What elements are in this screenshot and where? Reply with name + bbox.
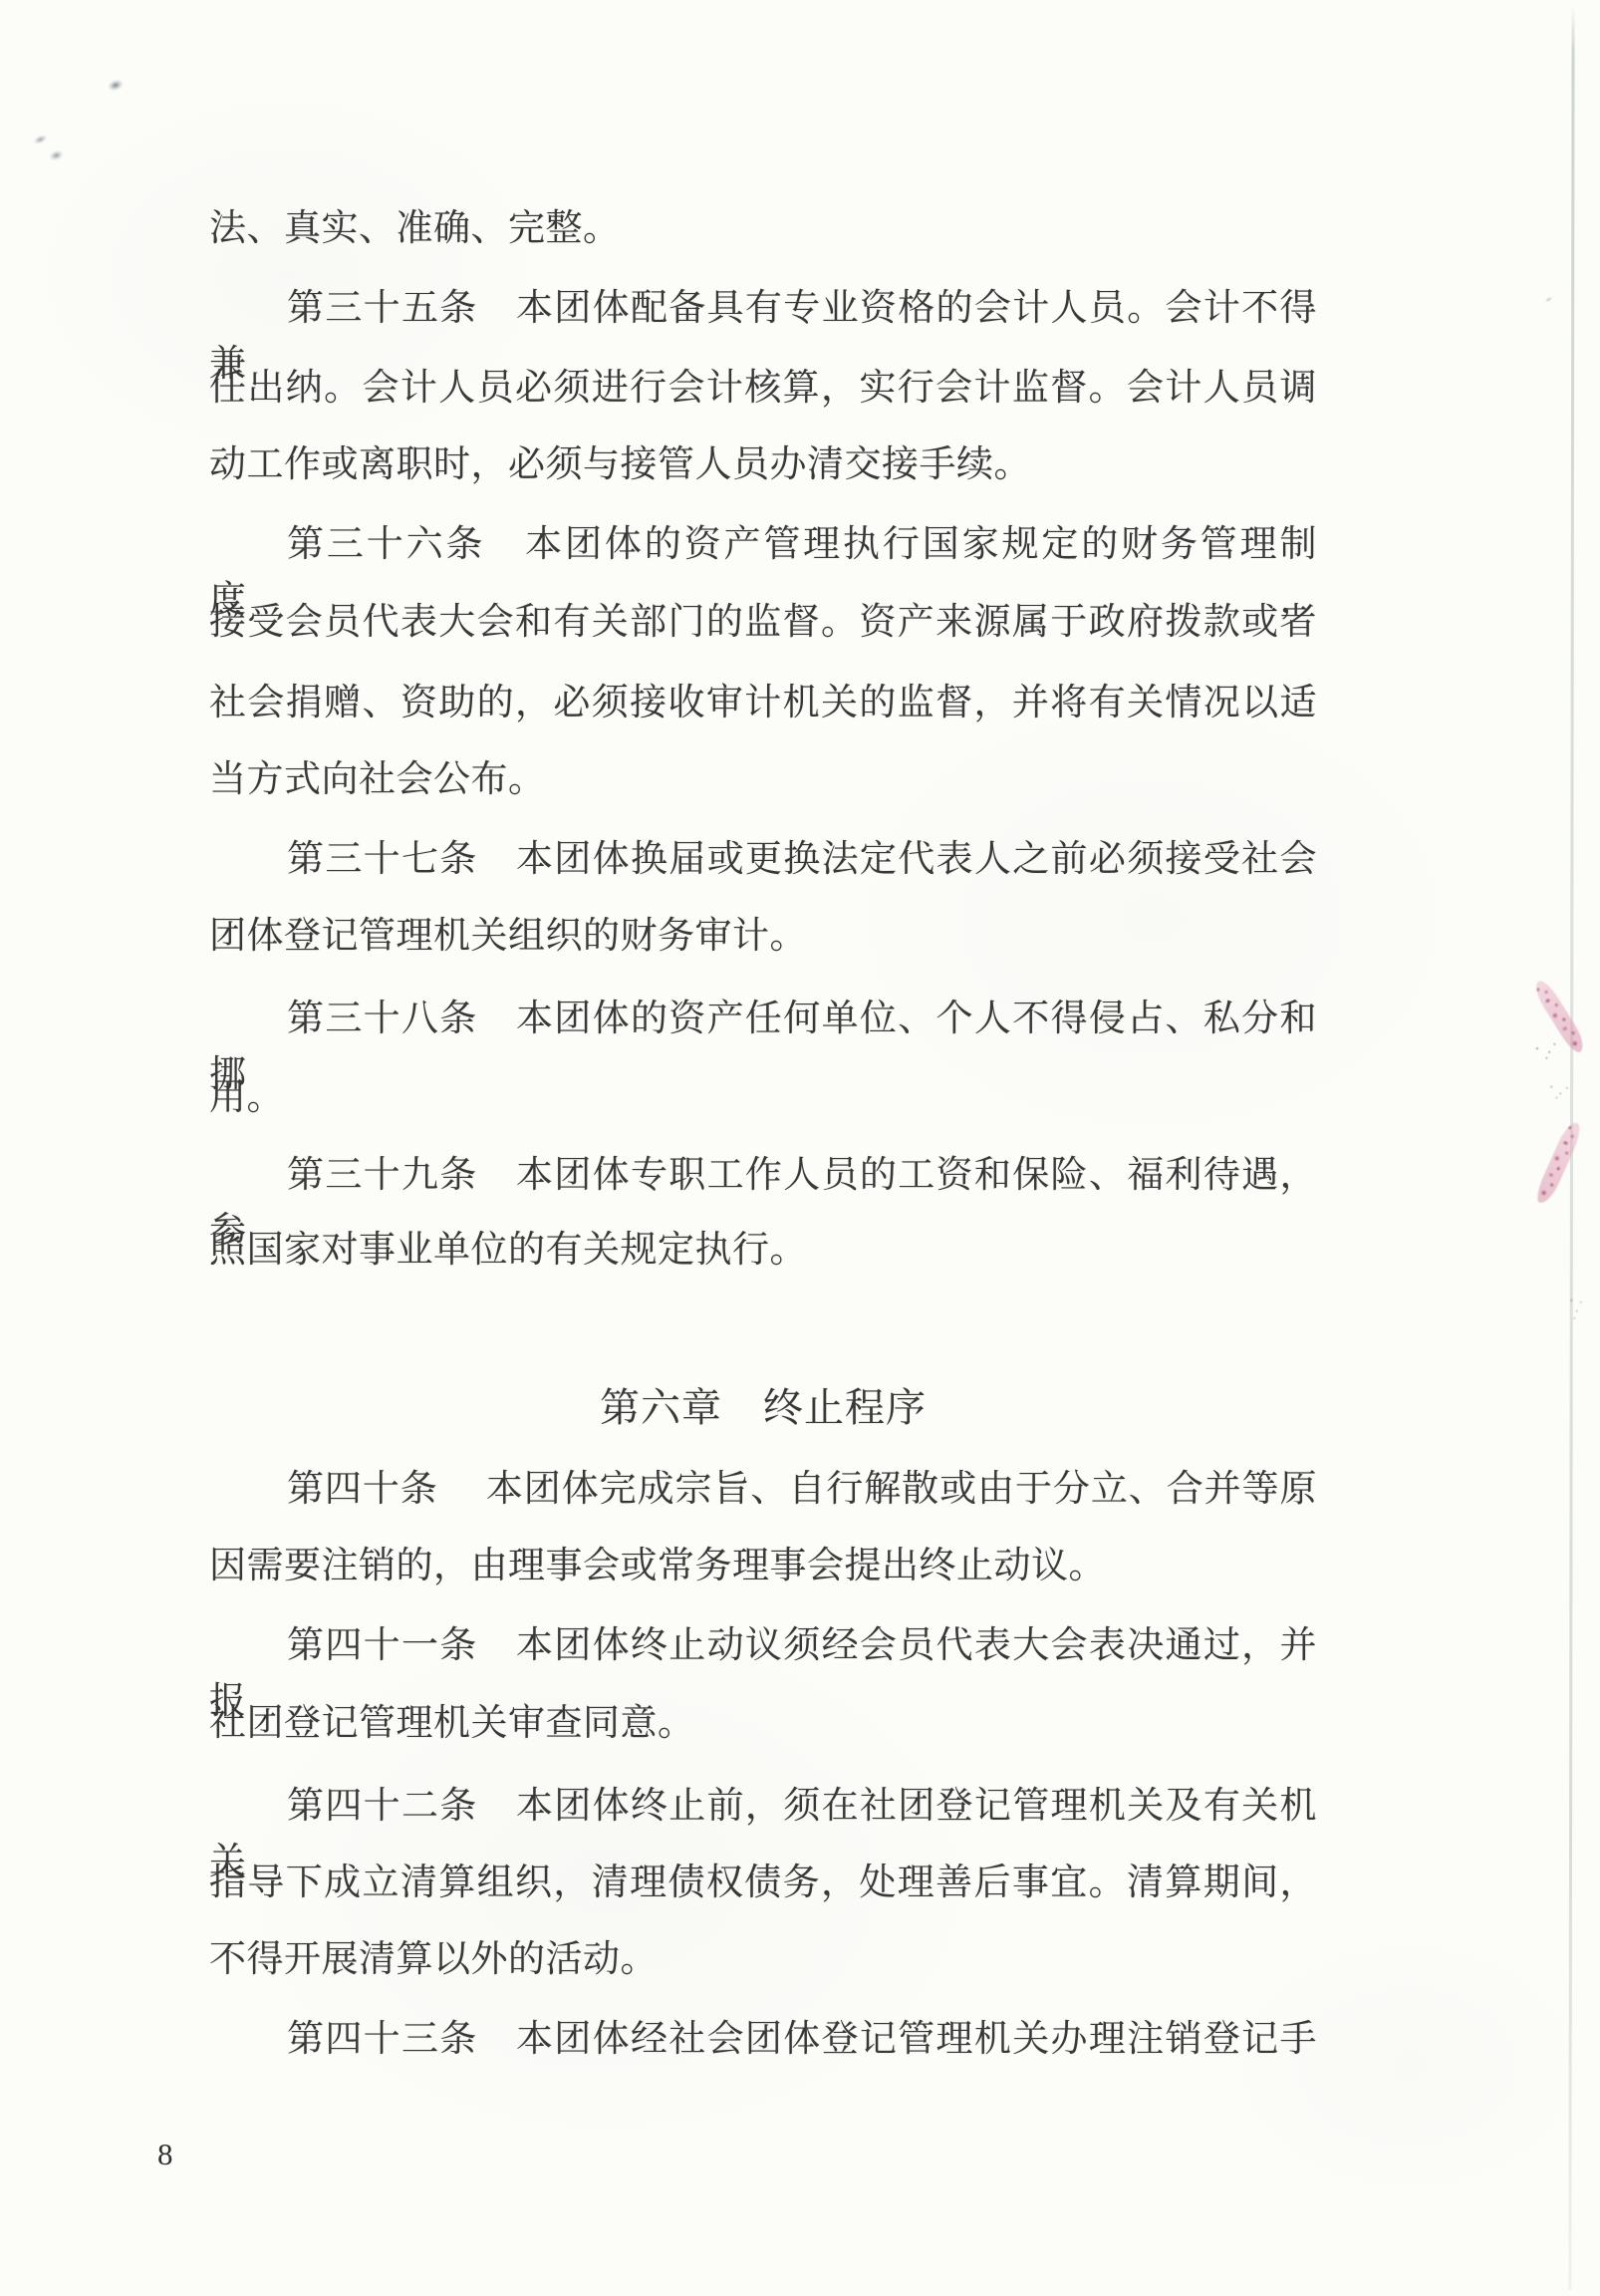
stamp-speckles: [1546, 1080, 1572, 1102]
pencil-smudge-mark: [32, 133, 49, 146]
text-line: 用。: [209, 1070, 1317, 1126]
text-line: 社会捐赠、资助的，必须接收审计机关的监督，并将有关情况以适: [209, 676, 1317, 731]
text-line: 照国家对事业单位的有关规定执行。: [209, 1223, 1317, 1279]
chapter-heading: 第六章 终止程序: [209, 1380, 1317, 1436]
stamp-speckles: [1529, 1034, 1565, 1066]
scanned-document-page: 法、真实、准确、完整。 第三十五条 本团体配备具有专业资格的会计人员。会计不得兼…: [0, 0, 1600, 2296]
pencil-smudge-mark: [48, 148, 66, 163]
scan-speck: [1543, 295, 1553, 304]
text-line: 第四十条 本团体完成宗旨、自行解散或由于分立、合并等原: [209, 1462, 1317, 1518]
text-line: 不得开展清算以外的活动。: [209, 1932, 1317, 1988]
text-line: 团体登记管理机关组织的财务审计。: [209, 909, 1317, 965]
text-line: 动工作或离职时，必须与接管人员办清交接手续。: [209, 437, 1317, 493]
text-line: 当方式向社会公布。: [209, 752, 1317, 808]
text-line: 任出纳。会计人员必须进行会计核算，实行会计监督。会计人员调: [209, 361, 1317, 417]
red-stamp-fragment-lower: [1533, 1119, 1584, 1206]
text-line: 接受会员代表大会和有关部门的监督。资产来源属于政府拨款或者: [209, 595, 1317, 651]
text-line: 法、真实、准确、完整。: [209, 201, 1317, 257]
pencil-smudge-mark: [107, 78, 126, 93]
text-line: 指导下成立清算组织，清理债权债务，处理善后事宜。清算期间，: [209, 1856, 1317, 1911]
text-line: 因需要注销的，由理事会或常务理事会提出终止动议。: [209, 1539, 1317, 1594]
text-line: 第四十三条 本团体经社会团体登记管理机关办理注销登记手: [209, 2012, 1317, 2068]
text-line: 第三十七条 本团体换届或更换法定代表人之前必须接受社会: [209, 832, 1317, 888]
text-line: 社团登记管理机关审查同意。: [209, 1696, 1317, 1752]
page-number: 8: [157, 2137, 173, 2172]
stamp-speckles: [1568, 1290, 1584, 1325]
